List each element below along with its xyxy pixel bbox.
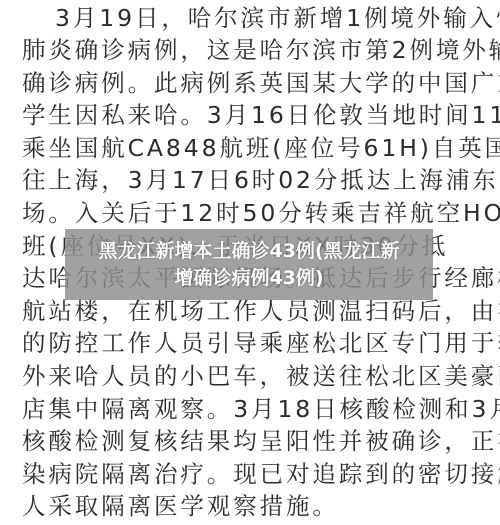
paragraph-line: 肺炎确诊病例，这是哈尔滨市第2例境外输入性 bbox=[22, 34, 482, 66]
paragraph-line: 场。入关后于12时50分转乘吉祥航空HO1263航 bbox=[22, 197, 482, 229]
paragraph-line: 外来哈人员的小巴车，被送往松北区美豪丽致酒 bbox=[22, 360, 482, 392]
paragraph-line: 核酸检测复核结果均呈阳性并被确诊，正在市传 bbox=[22, 425, 482, 457]
paragraph-line: 确诊病例。此病例系英国某大学的中国广东籍留 bbox=[22, 67, 482, 99]
paragraph-line: 3月19日，哈尔滨市新增1例境外输入性新冠 bbox=[55, 2, 500, 34]
paragraph-line: 学生因私来哈。3月16日伦敦当地时间11时20分 bbox=[22, 99, 482, 131]
paragraph-line: 乘坐国航CA848航班(座位号61H)自英国伦敦飞 bbox=[22, 132, 482, 164]
paragraph-line: 染病院隔离治疗。现已对追踪到的密切接触者23 bbox=[22, 458, 482, 490]
headline-title-line1: 黑龙江新增本土确诊43例(黑龙江新 bbox=[98, 238, 399, 265]
paragraph-line: 的防控工作人员引导乘座松北区专门用于转运境 bbox=[22, 327, 482, 359]
headline-overlay: 黑龙江新增本土确诊43例(黑龙江新 增确诊病例43例) bbox=[65, 229, 433, 300]
paragraph-line: 店集中隔离观察。3月18日核酸检测和3月19日 bbox=[22, 393, 482, 425]
paragraph-line: 往上海，3月17日6时02分抵达上海浦东国际机 bbox=[22, 164, 482, 196]
paragraph-line: 人采取隔离医学观察措施。 bbox=[22, 490, 482, 522]
headline-title-line2: 增确诊病例43例) bbox=[174, 265, 323, 292]
